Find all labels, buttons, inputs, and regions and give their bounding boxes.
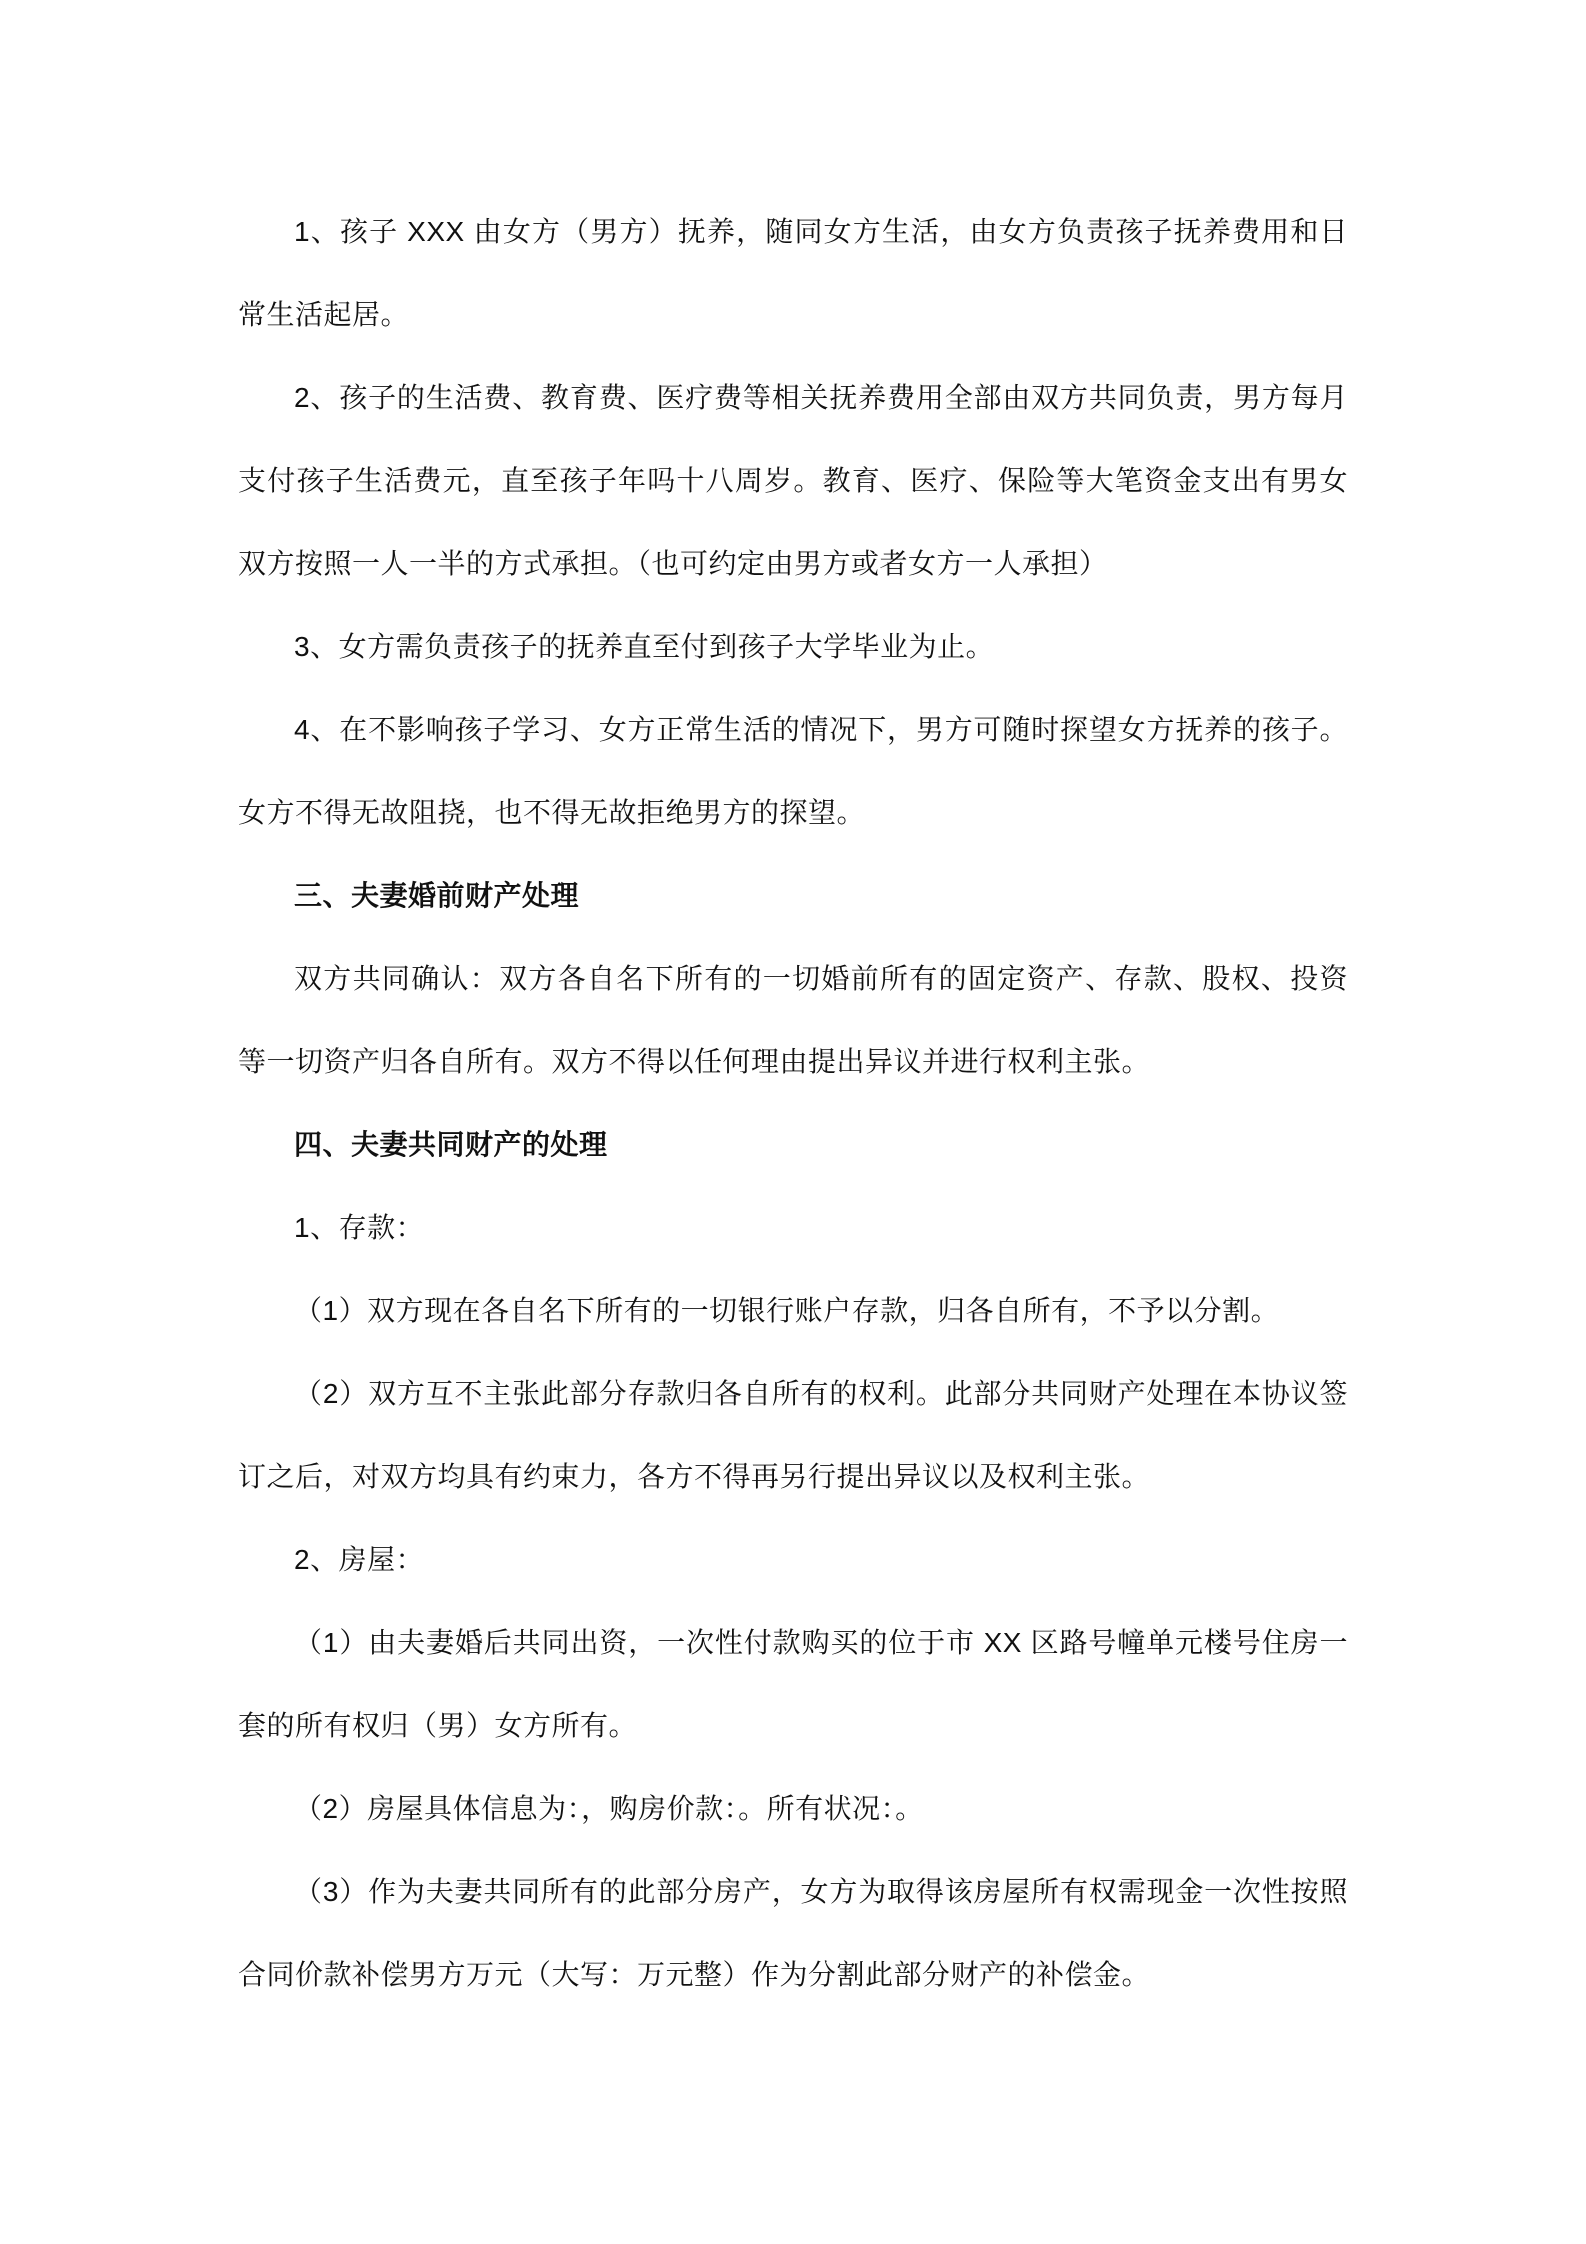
document-page: 1、孩子 XXX 由女方（男方）抚养，随同女方生活，由女方负责孩子抚养费用和日常… xyxy=(238,190,1348,2016)
paragraph: （2）房屋具体信息为：，购房价款：。所有状况：。 xyxy=(238,1767,1348,1850)
section-heading: 三、夫妻婚前财产处理 xyxy=(238,854,1348,937)
paragraph: 1、存款： xyxy=(238,1186,1348,1269)
paragraph: 1、孩子 XXX 由女方（男方）抚养，随同女方生活，由女方负责孩子抚养费用和日常… xyxy=(238,190,1348,356)
paragraph: （1）双方现在各自名下所有的一切银行账户存款，归各自所有，不予以分割。 xyxy=(238,1269,1348,1352)
paragraph: 2、孩子的生活费、教育费、医疗费等相关抚养费用全部由双方共同负责，男方每月支付孩… xyxy=(238,356,1348,605)
paragraph: （2）双方互不主张此部分存款归各自所有的权利。此部分共同财产处理在本协议签订之后… xyxy=(238,1352,1348,1518)
paragraph: 双方共同确认：双方各自名下所有的一切婚前所有的固定资产、存款、股权、投资等一切资… xyxy=(238,937,1348,1103)
section-heading: 四、夫妻共同财产的处理 xyxy=(238,1103,1348,1186)
paragraph: （3）作为夫妻共同所有的此部分房产，女方为取得该房屋所有权需现金一次性按照合同价… xyxy=(238,1850,1348,2016)
paragraph: 2、房屋： xyxy=(238,1518,1348,1601)
paragraph: 4、在不影响孩子学习、女方正常生活的情况下，男方可随时探望女方抚养的孩子。女方不… xyxy=(238,688,1348,854)
paragraph: 3、女方需负责孩子的抚养直至付到孩子大学毕业为止。 xyxy=(238,605,1348,688)
paragraph: （1）由夫妻婚后共同出资，一次性付款购买的位于市 XX 区路号幢单元楼号住房一套… xyxy=(238,1601,1348,1767)
